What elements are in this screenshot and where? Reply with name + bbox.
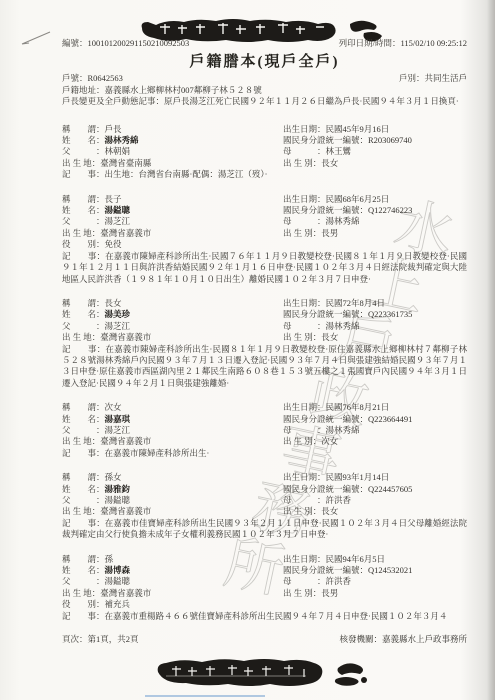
member-birth-order: 出 生 別：長男 — [283, 588, 467, 599]
member-father: 父 ：林朝娟 — [62, 146, 283, 157]
member-record-note: 記 事：在嘉義市陳婦產科診所出生· — [62, 448, 467, 459]
page-number: 頁次：第1頁，共2頁 — [62, 634, 139, 645]
member-birth-order: 出 生 別：長女 — [283, 158, 467, 169]
member-birthdate: 出生日期：民國94年6月5日 — [283, 554, 467, 565]
member-service: 役 別：免役 — [62, 239, 283, 250]
footer-seal-icon — [335, 663, 367, 685]
member-birth-order: 出 生 別：次女 — [283, 436, 467, 447]
member-father: 父 ：湯芝江 — [62, 321, 283, 332]
member-name: 姓 名：湯嘉琪 — [62, 414, 283, 425]
household-registry-document: 水 上 戶 政 事 務 所 編號：10010120029115021009250… — [0, 0, 495, 700]
member-father: 父 ：湯鎰聰 — [62, 576, 283, 587]
member-name: 姓 名：湯博森 — [62, 565, 283, 576]
household-no-row: 戶號：R0642563 戶別：共同生活戶 — [62, 73, 467, 84]
member-birthplace: 出 生 地：臺灣省嘉義市 — [62, 332, 283, 343]
member-mother: 母 ：湯林秀綿 — [283, 425, 467, 436]
member-birth-order: 出 生 別：長男 — [283, 228, 467, 239]
document-meta-row: 編號：100101200291150210092503 列印日期/時間：115/… — [62, 38, 467, 49]
member-title: 稱 謂：次女 — [62, 402, 283, 413]
page-title: 戶籍謄本(現戶全戶) — [62, 50, 467, 71]
member-birthplace: 出 生 地：臺灣省嘉義市 — [62, 436, 283, 447]
member-name: 姓 名：湯美珍 — [62, 309, 283, 320]
member-id: 國民身分證統一編號：Q124532021 — [283, 565, 467, 576]
scan-line-blue — [145, 695, 265, 697]
member-birthdate: 出生日期：民國72年8月4日 — [283, 298, 467, 309]
member-id: 國民身分證統一編號：Q223664491 — [283, 414, 467, 425]
member-birthplace: 出 生 地：臺灣省嘉義市 — [62, 588, 283, 599]
member-name: 姓 名：湯林秀綿 — [62, 135, 283, 146]
member-mother: 母 ：林王鸞 — [283, 146, 467, 157]
member-title: 稱 謂：長子 — [62, 194, 283, 205]
issuing-agency: 核發機關：嘉義縣水上戶政事務所 — [339, 634, 467, 645]
member-title: 稱 謂：孫 — [62, 554, 283, 565]
member-father: 父 ：湯鎰聰 — [62, 495, 283, 506]
member-record-note: 記 事：在嘉義市佳寶婦產科診所出生民國９３年２月１１日申登·民國１０２年３月４日… — [62, 518, 467, 541]
member-record-note: 記 事：在嘉義市陳婦產科診所出生·民國７６年１１月９日教變校登·民國８１年１月９… — [62, 251, 467, 285]
member-record-note: 記 事：在嘉義市陳婦產科診所出生·民國８１年１月９日教變校登·原住嘉義縣水上鄉柳… — [62, 344, 467, 390]
member-section-grandson: 稱 謂：孫 出生日期：民國94年6月5日 姓 名：湯博森 國民身分證統一編號：Q… — [62, 554, 467, 622]
footer-stamp-graphic — [152, 654, 382, 696]
member-record-note: 記 事：在嘉義市重楊路４６６號佳寶婦產科診所出生民國９４年７月４日申登·民國１０… — [62, 611, 467, 622]
member-name: 姓 名：湯雅鈞 — [62, 484, 283, 495]
member-father: 父 ：湯芝江 — [62, 425, 283, 436]
print-datetime: 列印日期/時間：115/02/10 09:25:12 — [339, 38, 467, 49]
member-birthplace: 出 生 地：臺灣省嘉義市 — [62, 228, 283, 239]
household-number: 戶號：R0642563 — [62, 73, 123, 84]
household-change-note: 戶長變更及全戶動態記事：原戶長湯芝江死亡民國９２年１１月２６日繼為戶長·民國９４… — [62, 96, 467, 107]
pencil-checkmark — [14, 28, 54, 48]
member-id: 國民身分證統一編號：Q122746223 — [283, 205, 467, 216]
member-birthplace: 出 生 地：臺灣省嘉義市 — [62, 506, 283, 517]
member-birthdate: 出生日期：民國68年6月25日 — [283, 194, 467, 205]
member-service: 役 別：補充兵 — [62, 599, 283, 610]
member-id: 國民身分證統一編號：Q224457605 — [283, 484, 467, 495]
member-title: 稱 謂：孫女 — [62, 472, 283, 483]
member-title: 稱 謂：長女 — [62, 298, 283, 309]
member-father: 父 ：湯芝江 — [62, 216, 283, 227]
member-record-note: 記 事：出生地：台灣省台南縣·配偶：湯芝江（歿）· — [62, 169, 467, 180]
household-type: 戶別：共同生活戶 — [399, 73, 467, 84]
member-mother: 母 ：許洪香 — [283, 495, 467, 506]
member-title: 稱 謂：戶長 — [62, 124, 283, 135]
member-id: 國民身分證統一編號：Q223361735 — [283, 309, 467, 320]
member-section-second-daughter: 稱 謂：次女 出生日期：民國76年8月21日 姓 名：湯嘉琪 國民身分證統一編號… — [62, 402, 467, 459]
member-birthdate: 出生日期：民國45年9月16日 — [283, 124, 467, 135]
document-footer: 頁次：第1頁，共2頁 核發機關：嘉義縣水上戶政事務所 — [62, 634, 467, 645]
scan-edge-right — [487, 0, 495, 700]
member-section-granddaughter: 稱 謂：孫女 出生日期：民國93年1月14日 姓 名：湯雅鈞 國民身分證統一編號… — [62, 472, 467, 540]
header-seal-swirl-icon — [350, 21, 377, 32]
member-birthplace: 出 生 地：臺灣省臺南縣 — [62, 158, 283, 169]
member-mother: 母 ：湯林秀綿 — [283, 321, 467, 332]
member-mother: 母 ：湯林秀綿 — [283, 216, 467, 227]
member-birth-order: 出 生 別：長女 — [283, 332, 467, 343]
member-birthdate: 出生日期：民國76年8月21日 — [283, 402, 467, 413]
household-address: 戶籍地址：嘉義縣水上鄉柳林村007鄰柳子林５２８號 — [62, 85, 467, 96]
member-section-eldest-son: 稱 謂：長子 出生日期：民國68年6月25日 姓 名：湯鎰聰 國民身分證統一編號… — [62, 194, 467, 285]
serial-number: 編號：100101200291150210092503 — [62, 38, 189, 49]
member-name: 姓 名：湯鎰聰 — [62, 205, 283, 216]
member-birthdate: 出生日期：民國93年1月14日 — [283, 472, 467, 483]
member-birth-order: 出 生 別：長女 — [283, 506, 467, 517]
member-id: 國民身分證統一編號：R203069740 — [283, 135, 467, 146]
member-mother: 母 ：許洪香 — [283, 576, 467, 587]
member-section-eldest-daughter: 稱 謂：長女 出生日期：民國72年8月4日 姓 名：湯美珍 國民身分證統一編號：… — [62, 298, 467, 389]
member-section-householder: 稱 謂：戶長 出生日期：民國45年9月16日 姓 名：湯林秀綿 國民身分證統一編… — [62, 124, 467, 181]
